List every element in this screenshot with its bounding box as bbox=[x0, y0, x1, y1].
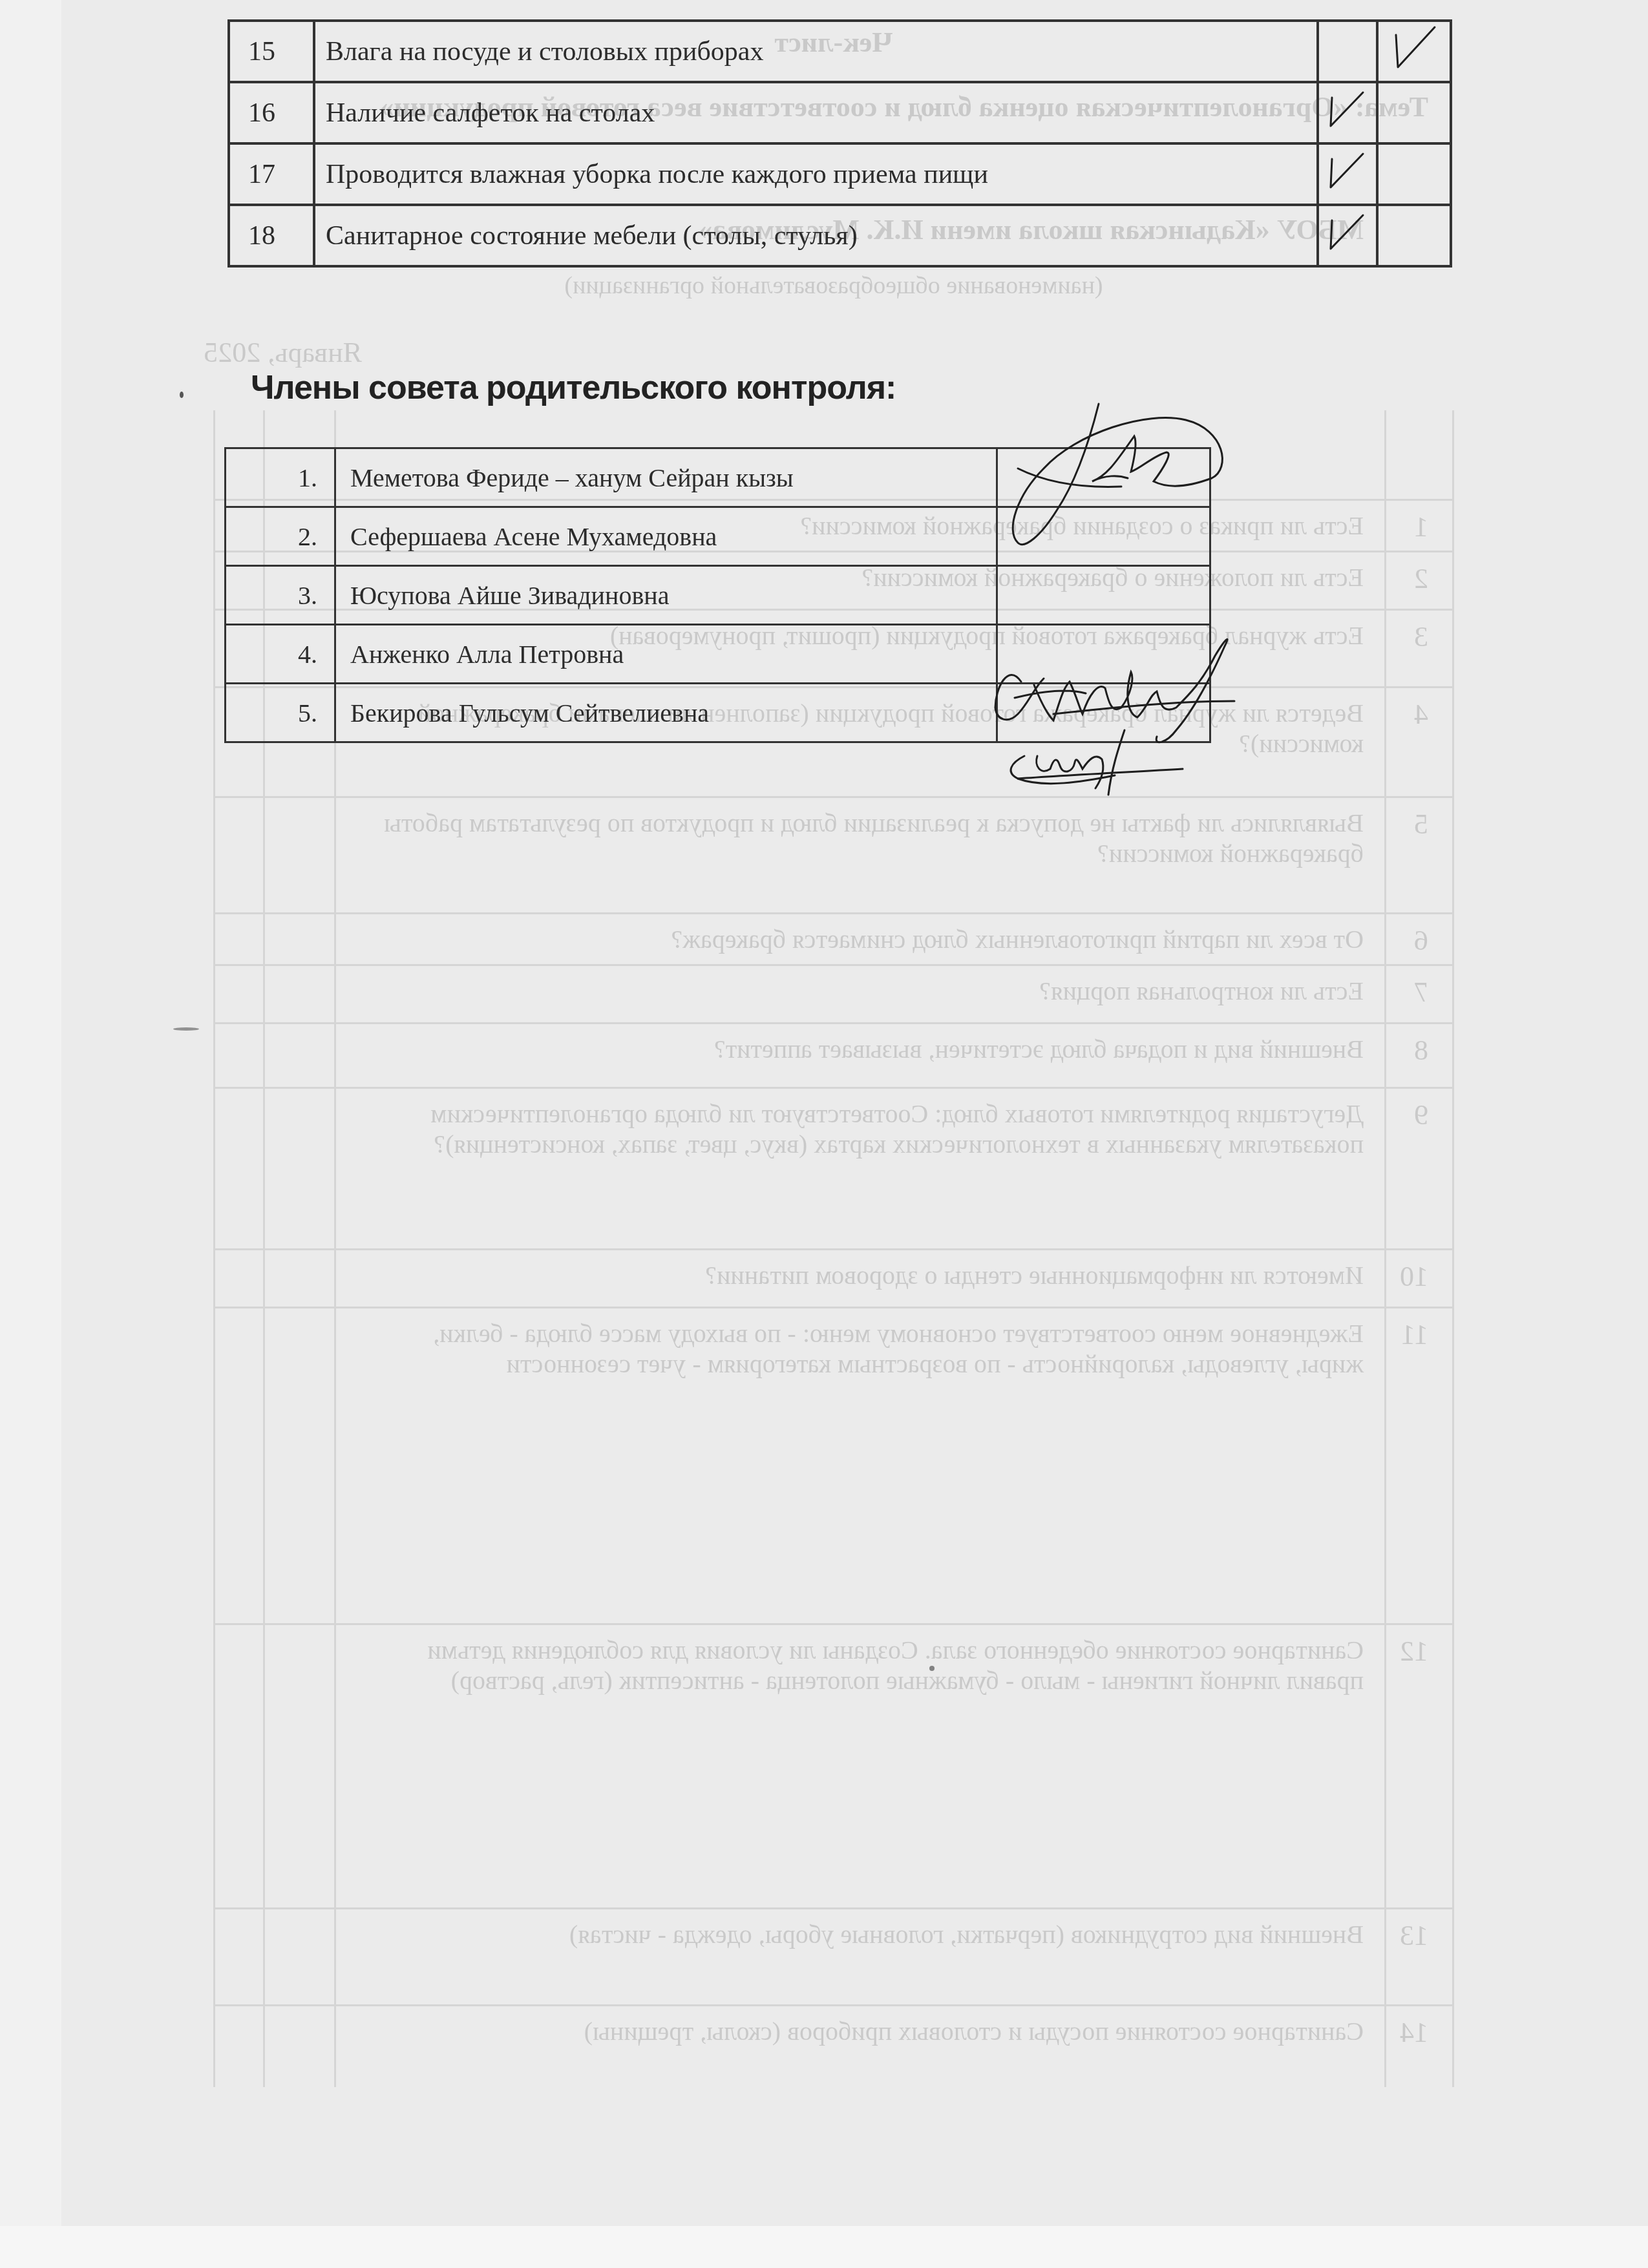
row-indicator: Проводится влажная уборка после каждого … bbox=[314, 143, 1318, 205]
row-number: 18 bbox=[229, 205, 314, 266]
members-table: 1.Меметова Фериде – ханум Сейран кызы2.С… bbox=[224, 447, 1211, 743]
no-cell bbox=[1377, 82, 1451, 143]
yes-cell bbox=[1318, 143, 1377, 205]
row-number: 17 bbox=[229, 143, 314, 205]
signature-cell bbox=[997, 566, 1210, 625]
no-cell bbox=[1377, 205, 1451, 266]
checkmark-icon bbox=[1388, 22, 1440, 74]
row-indicator: Наличие салфеток на столах bbox=[314, 82, 1318, 143]
checkmark-icon bbox=[1322, 145, 1373, 196]
member-number: 3. bbox=[226, 566, 335, 625]
checkmark-icon bbox=[1322, 206, 1373, 258]
row-number: 16 bbox=[229, 82, 314, 143]
scan-speck bbox=[173, 1027, 199, 1031]
no-cell bbox=[1377, 143, 1451, 205]
member-row: 5.Бекирова Гульсум Сейтвелиевна bbox=[226, 684, 1210, 742]
member-number: 5. bbox=[226, 684, 335, 742]
scan-speck bbox=[929, 1666, 935, 1671]
member-name: Сефершаева Асене Мухамедовна bbox=[335, 507, 997, 566]
member-name: Бекирова Гульсум Сейтвелиевна bbox=[335, 684, 997, 742]
member-row: 4.Анженко Алла Петровна bbox=[226, 625, 1210, 684]
signature-cell bbox=[997, 625, 1210, 684]
yes-cell bbox=[1318, 21, 1377, 82]
member-row: 2.Сефершаева Асене Мухамедовна bbox=[226, 507, 1210, 566]
member-number: 4. bbox=[226, 625, 335, 684]
row-number: 15 bbox=[229, 21, 314, 82]
checklist-row: 18Санитарное состояние мебели (столы, ст… bbox=[229, 205, 1451, 266]
members-heading: Члены совета родительского контроля: bbox=[251, 368, 896, 407]
checklist-row: 16Наличие салфеток на столах bbox=[229, 82, 1451, 143]
member-number: 1. bbox=[226, 448, 335, 507]
scanned-page bbox=[61, 0, 1648, 2226]
member-number: 2. bbox=[226, 507, 335, 566]
scanner-margin bbox=[0, 2226, 1648, 2268]
member-name: Меметова Фериде – ханум Сейран кызы bbox=[335, 448, 997, 507]
yes-cell bbox=[1318, 82, 1377, 143]
scan-speck bbox=[180, 392, 184, 398]
member-row: 1.Меметова Фериде – ханум Сейран кызы bbox=[226, 448, 1210, 507]
row-indicator: Санитарное состояние мебели (столы, стул… bbox=[314, 205, 1318, 266]
checkmark-icon bbox=[1322, 83, 1373, 135]
member-name: Анженко Алла Петровна bbox=[335, 625, 997, 684]
signature-cell bbox=[997, 448, 1210, 507]
member-name: Юсупова Айше Зивадиновна bbox=[335, 566, 997, 625]
yes-cell bbox=[1318, 205, 1377, 266]
signature-cell bbox=[997, 507, 1210, 566]
checklist-row: 15Влага на посуде и столовых приборах bbox=[229, 21, 1451, 82]
checklist-table: 15Влага на посуде и столовых приборах16Н… bbox=[227, 19, 1452, 268]
row-indicator: Влага на посуде и столовых приборах bbox=[314, 21, 1318, 82]
member-row: 3.Юсупова Айше Зивадиновна bbox=[226, 566, 1210, 625]
signature-cell bbox=[997, 684, 1210, 742]
checklist-row: 17Проводится влажная уборка после каждог… bbox=[229, 143, 1451, 205]
no-cell bbox=[1377, 21, 1451, 82]
